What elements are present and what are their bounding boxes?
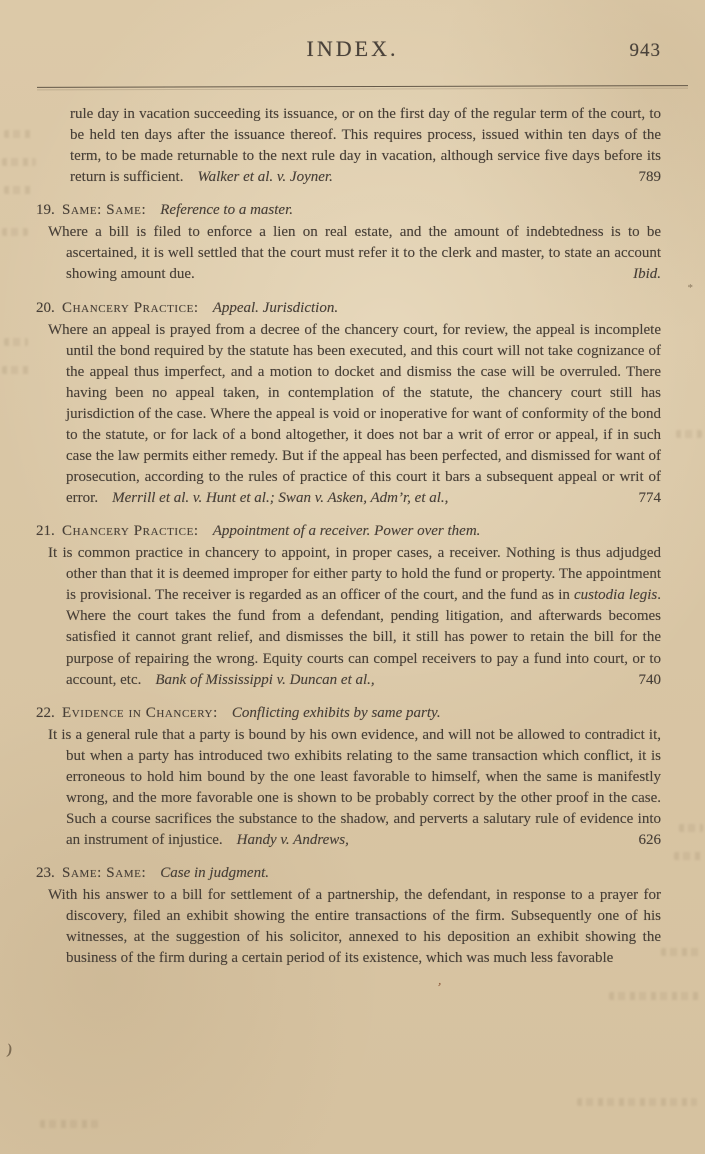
- continuation-paragraph: rule day in vacation succeeding its issu…: [70, 104, 661, 188]
- scanned-book-page: INDEX. 943 rule day in vacation succeedi…: [0, 0, 705, 1154]
- entry-body: It is common practice in chancery to app…: [66, 543, 661, 690]
- index-entry: 22.Evidence in Chancery:Conflicting exhi…: [36, 703, 661, 851]
- case-citation: Merrill et al. v. Hunt et al.; Swan v. A…: [112, 490, 448, 506]
- entry-subtopic: Conflicting exhibits by same party.: [232, 705, 441, 721]
- index-entry: 21.Chancery Practice:Appointment of a re…: [36, 521, 661, 691]
- entry-subtopic: Case in judgment.: [160, 865, 269, 881]
- page-reference: Ibid.: [651, 264, 661, 285]
- case-citation: Bank of Mississippi v. Duncan et al.,: [155, 672, 374, 688]
- entry-body: With his answer to a bill for settlement…: [66, 885, 661, 969]
- continuation-text: rule day in vacation succeeding its issu…: [70, 106, 661, 185]
- page-reference: 740: [657, 670, 662, 691]
- page-header: INDEX. 943: [0, 0, 705, 88]
- entry-heading: 22.Evidence in Chancery:Conflicting exhi…: [36, 703, 661, 724]
- latin-phrase: custodia legis: [574, 587, 657, 603]
- bleed-through-artifact: [609, 992, 699, 1000]
- entry-topic: Chancery Practice:: [62, 300, 199, 316]
- entry-heading: 19.Same: Same:Reference to a master.: [36, 200, 661, 221]
- ink-mark-artifact: ): [6, 1042, 13, 1060]
- entry-subtopic: Appeal. Jurisdiction.: [213, 300, 338, 316]
- entry-body-text: Where a bill is filed to enforce a lien …: [48, 224, 661, 282]
- entry-body-text: It is a general rule that a party is bou…: [48, 727, 661, 848]
- entry-number: 21.: [36, 521, 60, 542]
- entry-subtopic: Reference to a master.: [160, 202, 293, 218]
- index-entry: 20.Chancery Practice:Appeal. Jurisdictio…: [36, 298, 661, 510]
- entry-topic: Chancery Practice:: [62, 523, 199, 539]
- page-reference: 789: [639, 167, 662, 188]
- entry-heading: 21.Chancery Practice:Appointment of a re…: [36, 521, 661, 542]
- case-citation: Handy v. Andrews,: [237, 832, 349, 848]
- ink-tick-artifact: ’: [434, 981, 442, 998]
- entry-topic: Same: Same:: [62, 865, 146, 881]
- index-entry: 19.Same: Same:Reference to a master. Whe…: [36, 200, 661, 285]
- entry-topic: Same: Same:: [62, 202, 146, 218]
- entry-heading: 23.Same: Same:Case in judgment.: [36, 863, 661, 884]
- running-title: INDEX.: [0, 36, 705, 62]
- page-reference: 774: [657, 488, 662, 509]
- entry-heading: 20.Chancery Practice:Appeal. Jurisdictio…: [36, 298, 661, 319]
- entry-body-text: With his answer to a bill for settlement…: [48, 887, 661, 966]
- page-number: 943: [630, 40, 662, 62]
- page-reference: 626: [657, 830, 662, 851]
- entry-topic: Evidence in Chancery:: [62, 705, 218, 721]
- entry-number: 20.: [36, 298, 60, 319]
- entry-body-text: Where an appeal is prayed from a decree …: [48, 322, 661, 507]
- entry-subtopic: Appointment of a receiver. Power over th…: [213, 523, 481, 539]
- entry-body: Where an appeal is prayed from a decree …: [66, 320, 661, 510]
- entry-number: 22.: [36, 703, 60, 724]
- bleed-through-artifact: [40, 1120, 100, 1128]
- entry-number: 19.: [36, 200, 60, 221]
- entry-number: 23.: [36, 863, 60, 884]
- entry-body: Where a bill is filed to enforce a lien …: [66, 222, 661, 285]
- case-citation: Walker et al. v. Joyner.: [197, 169, 332, 185]
- index-content: rule day in vacation succeeding its issu…: [0, 88, 705, 969]
- bleed-through-artifact: [577, 1098, 697, 1106]
- entry-body-text: It is common practice in chancery to app…: [48, 545, 661, 603]
- entry-body: It is a general rule that a party is bou…: [66, 725, 661, 851]
- index-entry: 23.Same: Same:Case in judgment. With his…: [36, 863, 661, 969]
- ink-spot-artifact: *: [688, 282, 694, 294]
